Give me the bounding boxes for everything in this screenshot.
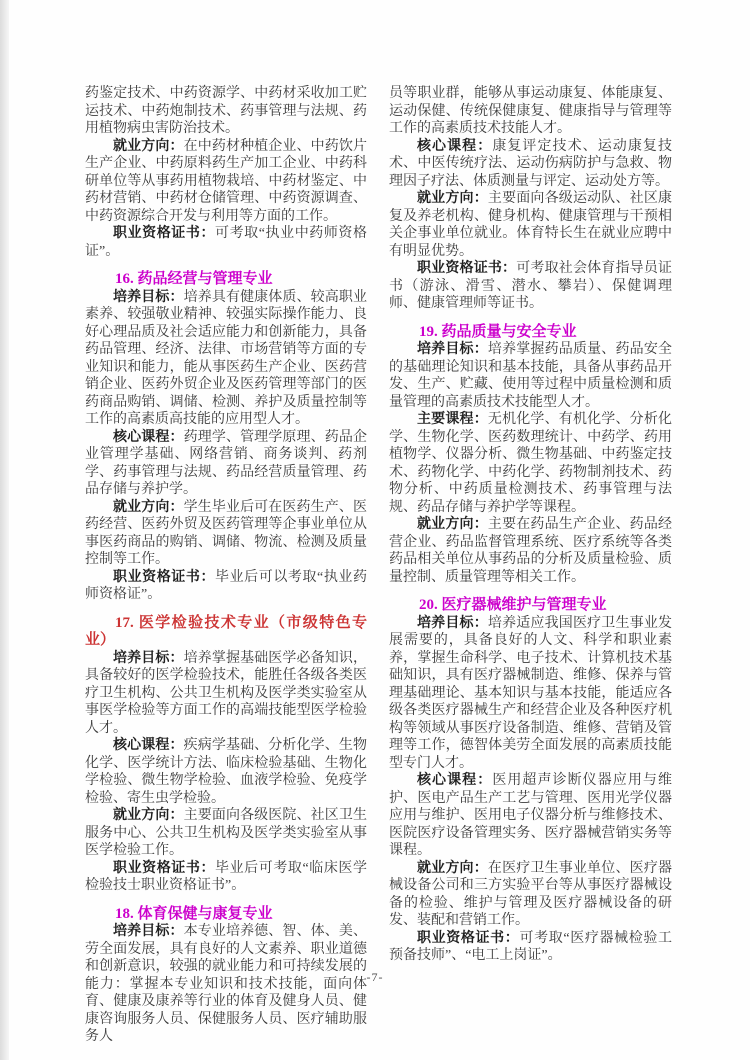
section-heading-17: 17. 医学检验技术专业（市级特色专业） <box>85 615 367 650</box>
paragraph: 职业资格证书：可考取社会体育指导员证书（游泳、滑雪、潜水、攀岩）、保健调理师、健… <box>389 260 672 313</box>
paragraph-label: 职业资格证书： <box>113 861 215 876</box>
paragraph: 就业方向：在医疗卫生事业单位、医疗器械设备公司和三方实验平台等从事医疗器械设备的… <box>389 860 672 930</box>
paragraph: 就业方向：主要面向各级医院、社区卫生服务中心、公共卫生机构及医学类实验室从事医学… <box>85 807 367 860</box>
document-page: 药鉴定技术、中药资源学、中药材采收加工贮运技术、中药炮制技术、药事管理与法规、药… <box>0 0 750 1060</box>
paragraph-label: 核心课程： <box>417 773 492 788</box>
paragraph-label: 职业资格证书： <box>417 931 519 946</box>
paragraph-text: 培养具有健康体质、较高职业素养、较强敬业精神、较强实际操作能力、良好心理品质及社… <box>85 290 367 428</box>
paragraph-label: 培养目标： <box>417 342 488 357</box>
paragraph-label: 职业资格证书： <box>417 261 516 276</box>
paragraph: 职业资格证书：毕业后可考取“临床医学检验技士职业资格证书”。 <box>85 860 367 895</box>
paragraph: 药鉴定技术、中药资源学、中药材采收加工贮运技术、中药炮制技术、药事管理与法规、药… <box>85 85 367 138</box>
paragraph: 核心课程：疾病学基础、分析化学、生物化学、医学统计方法、临床检验基础、生物化学检… <box>85 737 367 807</box>
paragraph-label: 培养目标： <box>417 616 488 631</box>
page-number: -7- <box>0 970 750 985</box>
paragraph-label: 就业方向： <box>417 861 488 876</box>
section-heading-16: 16. 药品经营与管理专业 <box>85 271 367 289</box>
paragraph-label: 就业方向： <box>417 517 488 532</box>
paragraph-text: 无机化学、有机化学、分析化学、生物化学、医药数理统计、中药学、药用植物学、仪器分… <box>389 412 672 515</box>
paragraph: 职业资格证书：毕业后可以考取“执业药师资格证”。 <box>85 569 367 604</box>
paragraph: 职业资格证书：可考取“执业中药师资格证”。 <box>85 225 367 260</box>
paragraph-label: 核心课程： <box>113 430 184 445</box>
paragraph: 培养目标：培养掌握基础医学必备知识，具备较好的医学检验技术，能胜任各级各类医疗卫… <box>85 650 367 738</box>
paragraph: 就业方向：学生毕业后可在医药生产、医药经营、医药外贸及医药管理等企事业单位从事医… <box>85 499 367 569</box>
paragraph: 就业方向：主要面向各级运动队、社区康复及养老机构、健身机构、健康管理与干预相关企… <box>389 190 672 260</box>
paragraph: 核心课程：康复评定技术、运动康复技术、中医传统疗法、运动伤病防护与急救、物理因子… <box>389 138 672 191</box>
paragraph-label: 职业资格证书： <box>113 570 215 585</box>
section-heading-19: 19. 药品质量与安全专业 <box>389 324 672 342</box>
paragraph-label: 职业资格证书： <box>113 226 215 241</box>
paragraph: 就业方向：主要在药品生产企业、药品经营企业、药品监督管理系统、医疗系统等各类药品… <box>389 516 672 586</box>
paragraph: 培养目标：培养掌握药品质量、药品安全的基础理论知识和基本技能，具备从事药品开发、… <box>389 341 672 411</box>
paragraph-text: 员等职业群，能够从事运动康复、体能康复、运动保健、传统保健康复、健康指导与管理等… <box>389 86 672 136</box>
paragraph: 职业资格证书：可考取“医疗器械检验工预备技师”、“电工上岗证”。 <box>389 930 672 965</box>
paragraph-label: 就业方向： <box>113 500 184 515</box>
paragraph: 核心课程：医用超声诊断仪器应用与维护、医电产品生产工艺与管理、医用光学仪器应用与… <box>389 772 672 860</box>
paragraph-label: 培养目标： <box>113 290 184 305</box>
paragraph: 员等职业群，能够从事运动康复、体能康复、运动保健、传统保健康复、健康指导与管理等… <box>389 85 672 138</box>
paragraph-label: 培养目标： <box>113 651 184 666</box>
right-column: 员等职业群，能够从事运动康复、体能康复、运动保健、传统保健康复、健康指导与管理等… <box>389 85 672 965</box>
paragraph-label: 培养目标： <box>113 924 184 939</box>
paragraph-label: 主要课程： <box>417 412 488 427</box>
paragraph: 培养目标：培养具有健康体质、较高职业素养、较强敬业精神、较强实际操作能力、良好心… <box>85 289 367 429</box>
paragraph-label: 就业方向： <box>113 808 184 823</box>
paragraph: 培养目标：培养适应我国医疗卫生事业发展需要的，具备良好的人文、科学和职业素养，掌… <box>389 615 672 773</box>
paragraph-label: 核心课程： <box>113 738 184 753</box>
paragraph-label: 就业方向： <box>113 139 184 154</box>
section-heading-20: 20. 医疗器械维护与管理专业 <box>389 597 672 615</box>
paragraph: 核心课程：药理学、管理学原理、药品企业管理学基础、网络营销、商务谈判、药剂学、药… <box>85 429 367 499</box>
section-heading-18: 18. 体育保健与康复专业 <box>85 906 367 924</box>
left-column: 药鉴定技术、中药资源学、中药材采收加工贮运技术、中药炮制技术、药事管理与法规、药… <box>85 85 367 1046</box>
paragraph-label: 核心课程： <box>417 139 492 154</box>
paragraph: 主要课程：无机化学、有机化学、分析化学、生物化学、医药数理统计、中药学、药用植物… <box>389 411 672 516</box>
paragraph: 就业方向：在中药材种植企业、中药饮片生产企业、中药原料药生产加工企业、中药科研单… <box>85 138 367 226</box>
paragraph-text: 培养适应我国医疗卫生事业发展需要的，具备良好的人文、科学和职业素养，掌握生命科学… <box>389 616 672 771</box>
paragraph-text: 药鉴定技术、中药资源学、中药材采收加工贮运技术、中药炮制技术、药事管理与法规、药… <box>85 86 367 136</box>
paragraph-label: 就业方向： <box>417 191 488 206</box>
scan-edge-shadow <box>0 0 9 1060</box>
